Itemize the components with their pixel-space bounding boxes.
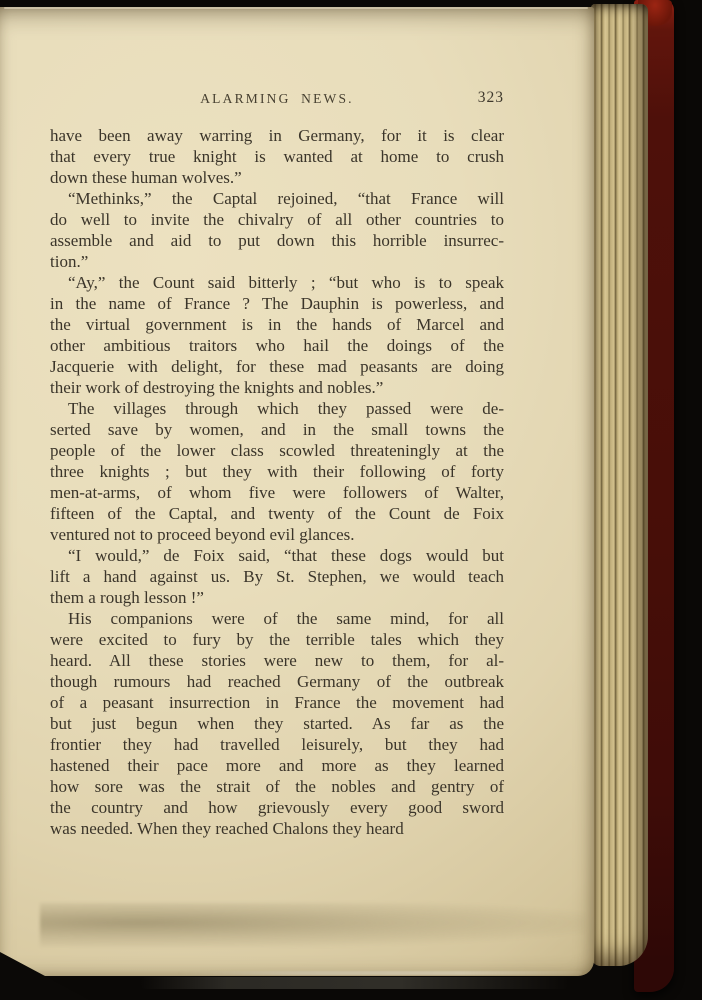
- scanned-book-photo: ALARMING NEWS. 323 have been away warrin…: [0, 0, 702, 1000]
- paragraph: have been away warring in Germany, for i…: [50, 125, 504, 188]
- text-line: “I would,” de Foix said, “that these dog…: [50, 545, 504, 566]
- text-line: “Methinks,” the Captal rejoined, “that F…: [50, 188, 504, 209]
- text-line: the virtual government is in the hands o…: [50, 314, 504, 335]
- text-line: that every true knight is wanted at home…: [50, 146, 504, 167]
- text-line: were excited to fury by the terrible tal…: [50, 629, 504, 650]
- page-header: ALARMING NEWS. 323: [50, 91, 504, 113]
- text-line: people of the lower class scowled threat…: [50, 440, 504, 461]
- paragraph: “Ay,” the Count said bitterly ; “but who…: [50, 272, 504, 398]
- text-line: do well to invite the chivalry of all ot…: [50, 209, 504, 230]
- text-line: heard. All these stories were new to the…: [50, 650, 504, 671]
- table-shadow-band: [140, 977, 570, 989]
- scan-blur-streak: [40, 903, 585, 947]
- text-line: “Ay,” the Count said bitterly ; “but who…: [50, 272, 504, 293]
- book-page: ALARMING NEWS. 323 have been away warrin…: [0, 7, 594, 976]
- text-line: but just begun when they started. As far…: [50, 713, 504, 734]
- text-line: hastened their pace more and more as the…: [50, 755, 504, 776]
- text-line: Jacquerie with delight, for these mad pe…: [50, 356, 504, 377]
- paragraph: “Methinks,” the Captal rejoined, “that F…: [50, 188, 504, 272]
- text-line: other ambitious traitors who hail the do…: [50, 335, 504, 356]
- text-line: down these human wolves.”: [50, 167, 504, 188]
- text-line: their work of destroying the knights and…: [50, 377, 504, 398]
- paragraph: The villages through which they passed w…: [50, 398, 504, 545]
- text-line: The villages through which they passed w…: [50, 398, 504, 419]
- text-line: in the name of France ? The Dauphin is p…: [50, 293, 504, 314]
- text-line: lift a hand against us. By St. Stephen, …: [50, 566, 504, 587]
- page-text: have been away warring in Germany, for i…: [50, 125, 504, 839]
- text-line: men-at-arms, of whom five were followers…: [50, 482, 504, 503]
- text-line: fifteen of the Captal, and twenty of the…: [50, 503, 504, 524]
- text-line: the country and how grievously every goo…: [50, 797, 504, 818]
- paragraph: His companions were of the same mind, fo…: [50, 608, 504, 839]
- text-line: how sore was the strait of the nobles an…: [50, 776, 504, 797]
- text-line: tion.”: [50, 251, 504, 272]
- paragraph: “I would,” de Foix said, “that these dog…: [50, 545, 504, 608]
- text-line: serted save by women, and in the small t…: [50, 419, 504, 440]
- text-line: of a peasant insurrection in France the …: [50, 692, 504, 713]
- text-line: though rumours had reached Germany of th…: [50, 671, 504, 692]
- page-number: 323: [478, 89, 504, 107]
- text-line: was needed. When they reached Chalons th…: [50, 818, 504, 839]
- running-head: ALARMING NEWS.: [50, 91, 504, 107]
- text-line: ventured not to proceed beyond evil glan…: [50, 524, 504, 545]
- page-stack-edge: [591, 4, 648, 966]
- text-line: three knights ; but they with their foll…: [50, 461, 504, 482]
- text-line: assemble and aid to put down this horrib…: [50, 230, 504, 251]
- text-line: His companions were of the same mind, fo…: [50, 608, 504, 629]
- text-line: have been away warring in Germany, for i…: [50, 125, 504, 146]
- text-line: them a rough lesson !”: [50, 587, 504, 608]
- text-line: frontier they had travelled leisurely, b…: [50, 734, 504, 755]
